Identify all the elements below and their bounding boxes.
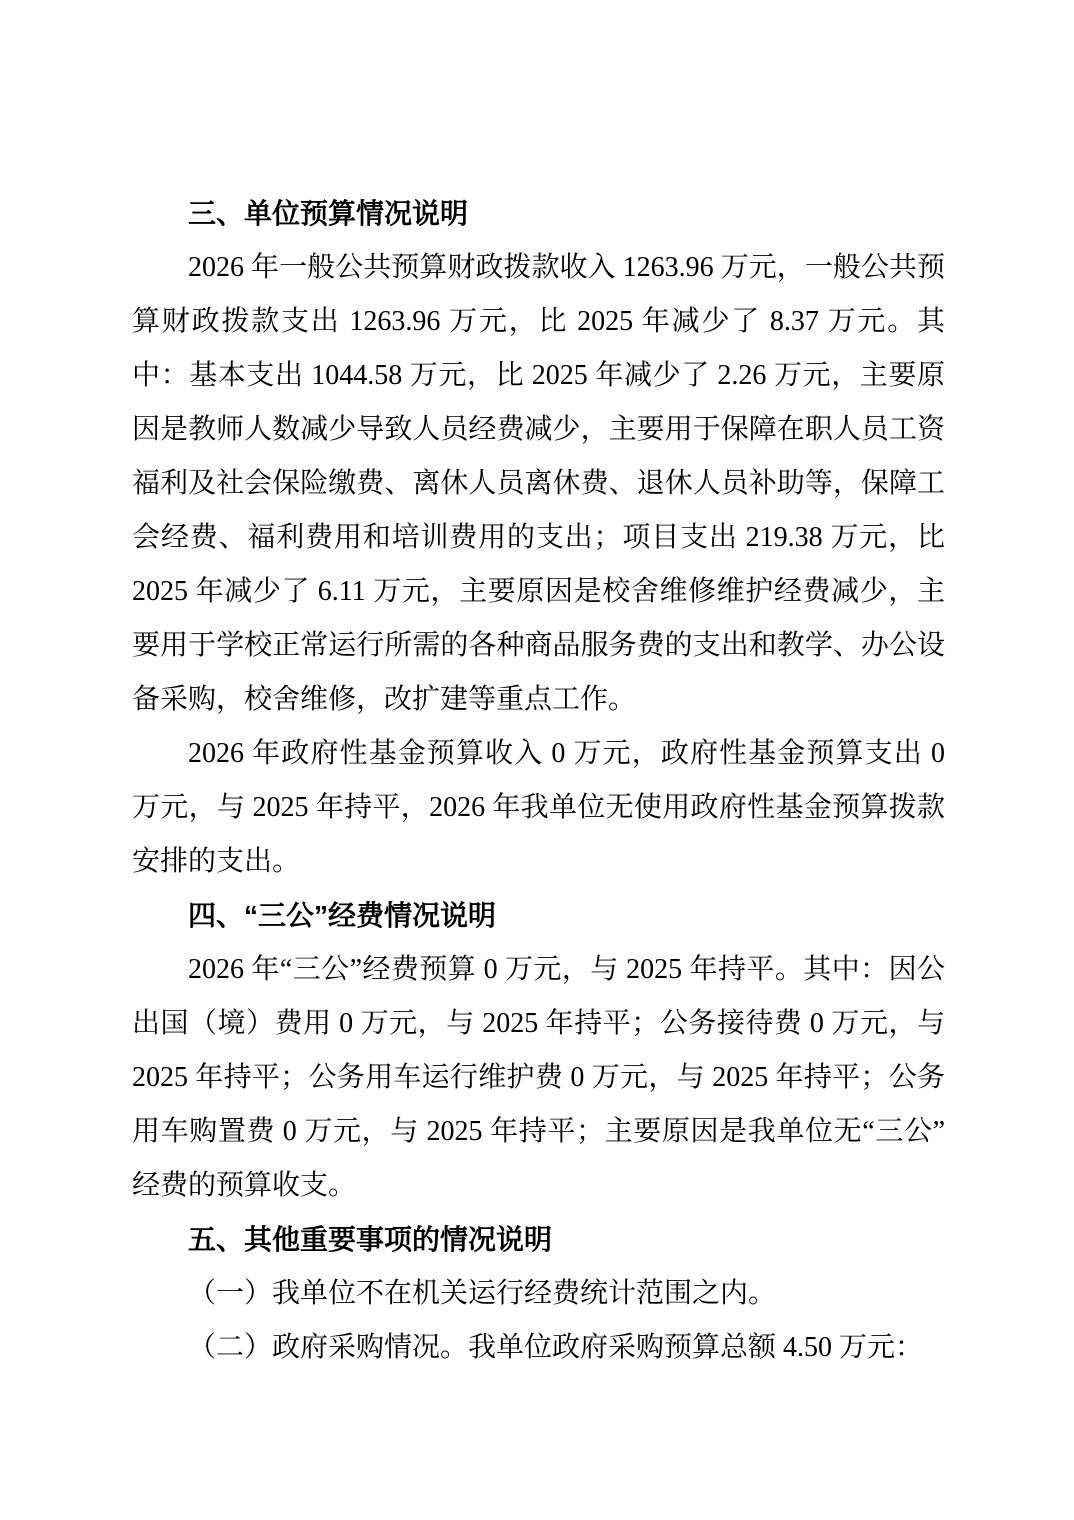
- section-heading-budget-situation: 三、单位预算情况说明: [132, 187, 945, 241]
- paragraph-government-fund-budget: 2026 年政府性基金预算收入 0 万元，政府性基金预算支出 0 万元，与 20…: [132, 727, 945, 889]
- section-heading-three-public-expenses: 四、“三公”经费情况说明: [132, 889, 945, 943]
- paragraph-three-public-expenses-detail: 2026 年“三公”经费预算 0 万元，与 2025 年持平。其中：因公出国（境…: [132, 943, 945, 1213]
- document-content: 三、单位预算情况说明 2026 年一般公共预算财政拨款收入 1263.96 万元…: [132, 187, 945, 1375]
- paragraph-operating-expense-scope: （一）我单位不在机关运行经费统计范围之内。: [132, 1267, 945, 1321]
- paragraph-government-procurement: （二）政府采购情况。我单位政府采购预算总额 4.50 万元：: [132, 1321, 945, 1375]
- document-page: 三、单位预算情况说明 2026 年一般公共预算财政拨款收入 1263.96 万元…: [0, 0, 1074, 1520]
- section-heading-other-important-matters: 五、其他重要事项的情况说明: [132, 1213, 945, 1267]
- paragraph-general-public-budget: 2026 年一般公共预算财政拨款收入 1263.96 万元，一般公共预算财政拨款…: [132, 241, 945, 727]
